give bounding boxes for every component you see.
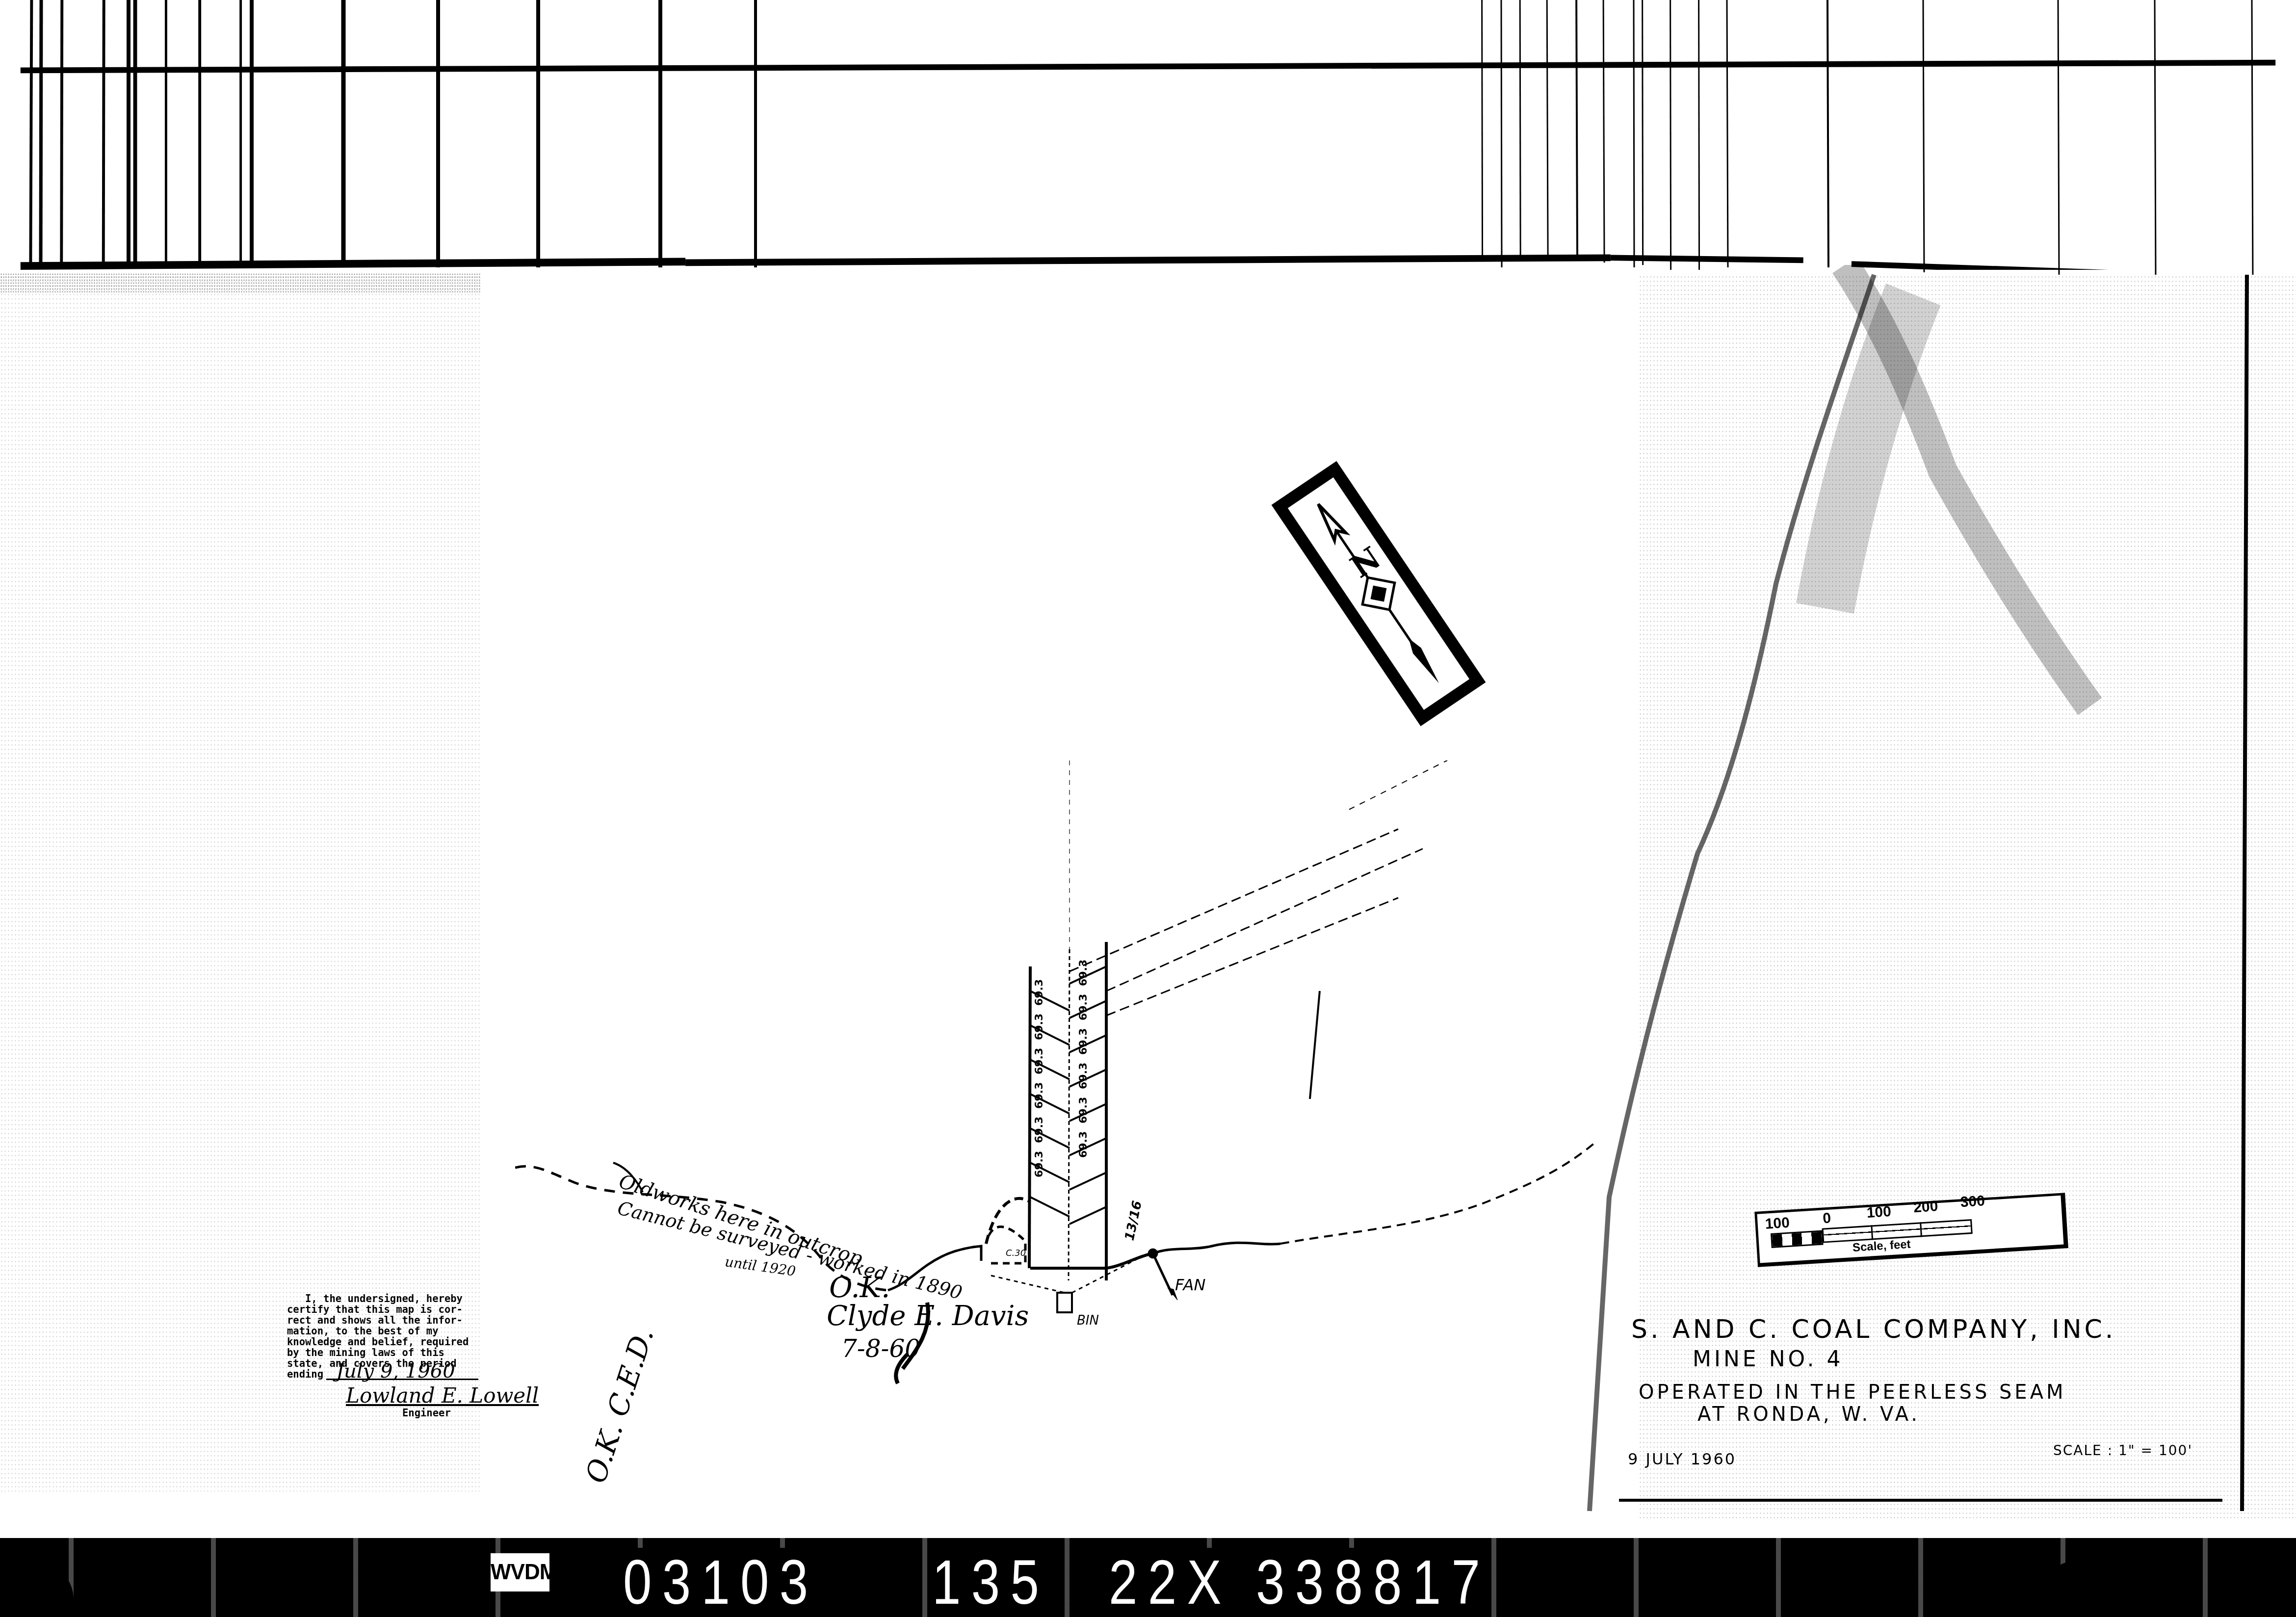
- archive-code: 338817: [1256, 1548, 1490, 1617]
- svg-text:69.3: 69.3: [1077, 1131, 1090, 1158]
- svg-text:69.3: 69.3: [1077, 1028, 1090, 1055]
- location-line: AT RONDA, W. VA.: [1697, 1403, 1920, 1426]
- engineer-signature: Lowland E. Lowell: [346, 1383, 493, 1408]
- svg-text:69.3: 69.3: [1077, 1097, 1090, 1123]
- map-scale: SCALE : 1" = 100': [2053, 1442, 2192, 1459]
- cert-line: by the mining laws of this: [287, 1347, 493, 1358]
- cert-line: I, the undersigned, hereby: [287, 1293, 493, 1304]
- svg-text:69.3: 69.3: [1033, 1082, 1045, 1109]
- cert-line: mation, to the best of my: [287, 1326, 493, 1336]
- cert-line: ending: [287, 1368, 323, 1380]
- fan-label: FAN: [1175, 1276, 1205, 1294]
- cert-line: certify that this map is cor-: [287, 1304, 493, 1315]
- svg-text:69.3: 69.3: [1033, 979, 1045, 1006]
- svg-text:13/16: 13/16: [1122, 1200, 1145, 1242]
- svg-text:69.3: 69.3: [1033, 1014, 1045, 1040]
- map-sheet: N: [0, 0, 2296, 1617]
- cert-line: rect and shows all the infor-: [287, 1315, 493, 1326]
- certification-block: I, the undersigned, hereby certify that …: [287, 1293, 493, 1418]
- svg-text:69.3: 69.3: [1033, 1048, 1045, 1074]
- scale-label: 100: [1866, 1203, 1892, 1222]
- approval-ok: O.K.: [829, 1271, 890, 1304]
- ending-date: July 9, 1960: [336, 1360, 455, 1382]
- mine-title: MINE NO. 4: [1693, 1347, 1843, 1372]
- scale-label: 0: [1822, 1210, 1831, 1227]
- approval-date: 7-8-60: [841, 1334, 920, 1363]
- engineer-title: Engineer: [402, 1408, 493, 1418]
- archive-code: 03103: [623, 1548, 818, 1617]
- company-title: S. AND C. COAL COMPANY, INC.: [1631, 1315, 2116, 1344]
- svg-text:69.3: 69.3: [1077, 994, 1090, 1020]
- svg-text:69.3: 69.3: [1077, 960, 1090, 986]
- bin-label: BIN: [1077, 1313, 1099, 1328]
- svg-text:C.30: C.30: [1006, 1248, 1026, 1258]
- map-date: 9 JULY 1960: [1628, 1450, 1736, 1468]
- border-line: [1619, 1499, 2222, 1502]
- scale-label: 100: [1765, 1215, 1790, 1233]
- paper-fold-shadow: [1570, 265, 2296, 1540]
- archive-tag: WVDM: [491, 1553, 549, 1591]
- grid-verticals: [0, 0, 2296, 275]
- svg-text:69.3: 69.3: [1033, 1151, 1045, 1177]
- archive-code: 135: [932, 1548, 1049, 1617]
- svg-text:69.3: 69.3: [1033, 1117, 1045, 1143]
- scale-label: 200: [1913, 1198, 1938, 1216]
- scale-label: 300: [1960, 1193, 1985, 1211]
- seam-line: OPERATED IN THE PEERLESS SEAM: [1639, 1381, 2066, 1404]
- archive-code: 22X: [1109, 1548, 1232, 1617]
- svg-text:69.3: 69.3: [1077, 1063, 1090, 1089]
- cert-line: knowledge and belief, required: [287, 1336, 493, 1347]
- north-arrow-icon[interactable]: N: [1256, 456, 1501, 731]
- approval-signature: Clyde E. Davis: [827, 1300, 1029, 1332]
- mine-workings-diagram: 69.3 69.3 69.3 69.3 69.3 69.3 69.3 69.3 …: [515, 760, 1644, 1388]
